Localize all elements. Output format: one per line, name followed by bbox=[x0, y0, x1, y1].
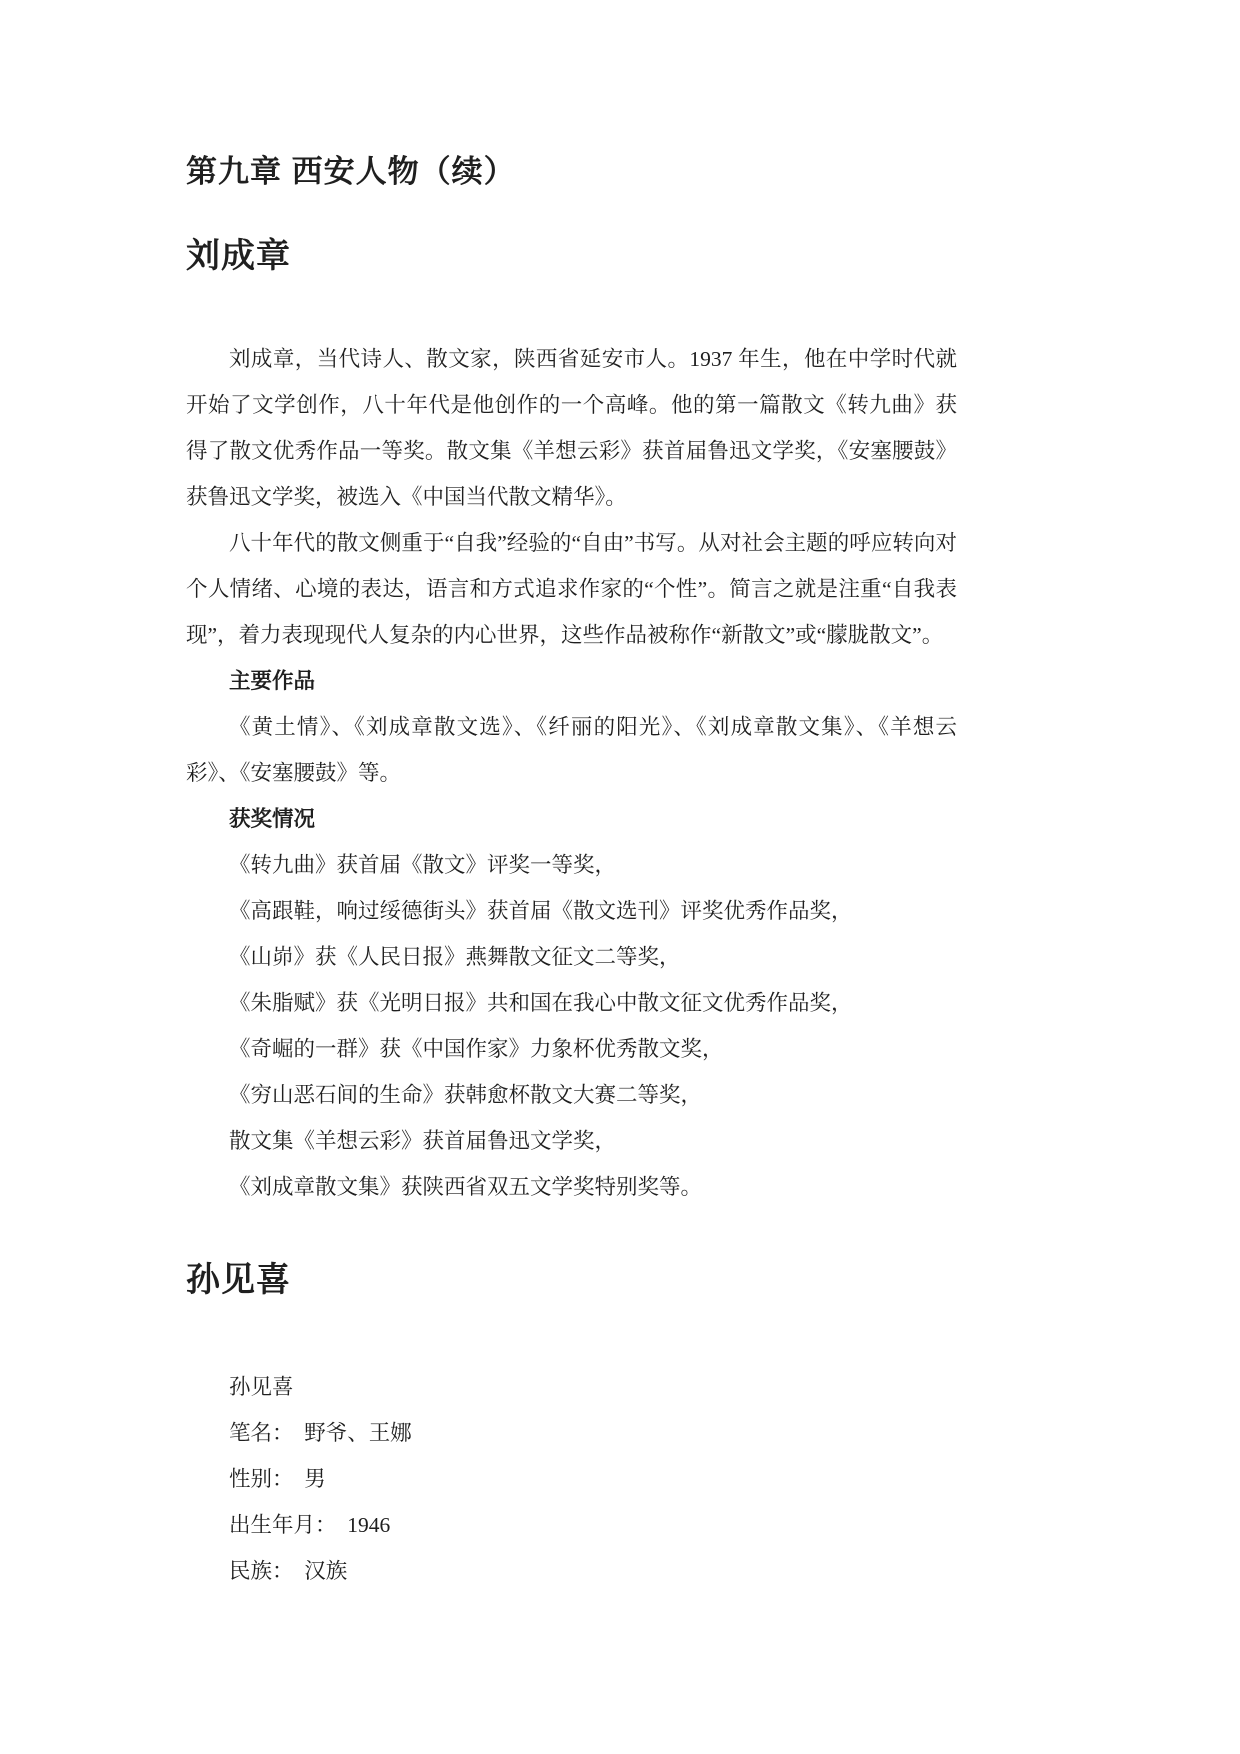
profile-birthyear-line: 出生年月： 1946 bbox=[186, 1502, 957, 1548]
works-subheading: 主要作品 bbox=[186, 658, 957, 704]
award-item: 散文集《羊想云彩》获首届鲁迅文学奖， bbox=[186, 1118, 957, 1164]
section-heading-liu-chengzhang: 刘成章 bbox=[186, 234, 957, 280]
award-item: 《转九曲》获首届《散文》评奖一等奖， bbox=[186, 842, 957, 888]
profile-name-line: 孙见喜 bbox=[186, 1364, 957, 1410]
chapter-title: 第九章 西安人物（续） bbox=[186, 152, 957, 192]
profile-ethnicity-line: 民族： 汉族 bbox=[186, 1548, 957, 1594]
award-item: 《刘成章散文集》获陕西省双五文学奖特别奖等。 bbox=[186, 1164, 957, 1210]
award-item: 《朱脂赋》获《光明日报》共和国在我心中散文征文优秀作品奖， bbox=[186, 980, 957, 1026]
profile-penname-line: 笔名： 野爷、王娜 bbox=[186, 1410, 957, 1456]
section-liu-chengzhang: 刘成章 刘成章，当代诗人、散文家，陕西省延安市人。1937 年生，他在中学时代就… bbox=[186, 234, 957, 1210]
section-sun-jianxi: 孙见喜 孙见喜 笔名： 野爷、王娜 性别： 男 出生年月： 1946 民族： 汉… bbox=[186, 1258, 957, 1594]
document-page: 第九章 西安人物（续） 刘成章 刘成章，当代诗人、散文家，陕西省延安市人。193… bbox=[0, 0, 1240, 1754]
works-list-text: 《黄土情》、《刘成章散文选》、《纤丽的阳光》、《刘成章散文集》、《羊想云彩》、《… bbox=[186, 704, 957, 796]
section-heading-sun-jianxi: 孙见喜 bbox=[186, 1258, 957, 1304]
award-item: 《高跟鞋，响过绥德街头》获首届《散文选刊》评奖优秀作品奖， bbox=[186, 888, 957, 934]
award-item: 《穷山恶石间的生命》获韩愈杯散文大赛二等奖， bbox=[186, 1072, 957, 1118]
bio-paragraph-2: 八十年代的散文侧重于“自我”经验的“自由”书写。从对社会主题的呼应转向对个人情绪… bbox=[186, 520, 957, 658]
awards-subheading: 获奖情况 bbox=[186, 796, 957, 842]
bio-paragraph-1: 刘成章，当代诗人、散文家，陕西省延安市人。1937 年生，他在中学时代就开始了文… bbox=[186, 336, 957, 520]
award-item: 《山峁》获《人民日报》燕舞散文征文二等奖， bbox=[186, 934, 957, 980]
award-item: 《奇崛的一群》获《中国作家》力象杯优秀散文奖， bbox=[186, 1026, 957, 1072]
profile-gender-line: 性别： 男 bbox=[186, 1456, 957, 1502]
